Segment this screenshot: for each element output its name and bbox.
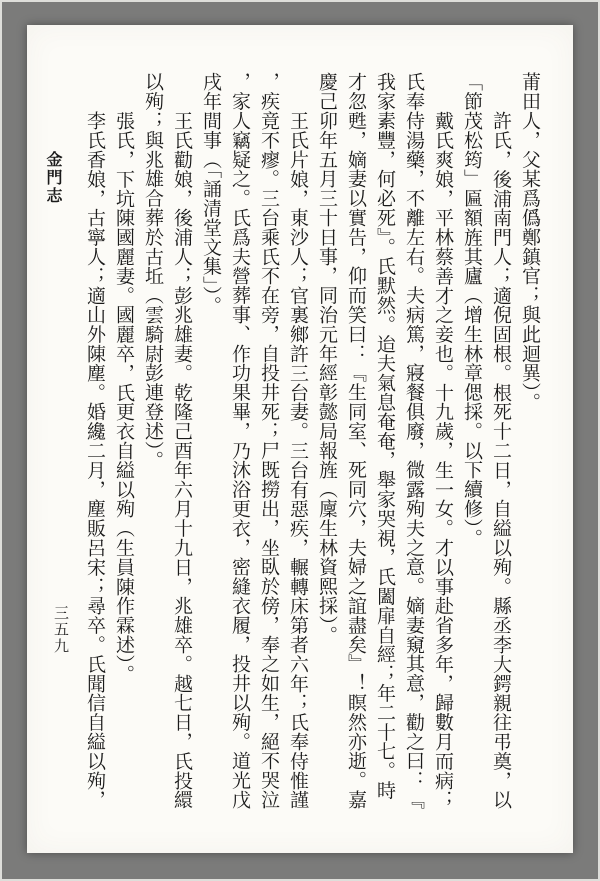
- entry-wang-shi-quan-niang: 王氏勸娘，後浦人；彭兆雄妻。乾隆己酉年六月十九日，兆雄卒。越七日，氏投繯以殉；與…: [138, 72, 196, 814]
- page-text: 莆田人，父某爲僞鄭鎮官；與此迴異）。 許氏，後浦南門人；適倪固根。根死十二日，自…: [60, 72, 544, 814]
- entry-previous-page-continuation: 莆田人，父某爲僞鄭鎮官；與此迴異）。: [515, 72, 544, 814]
- entry-zhang-shi: 張氏，下坑陳國麗妻。國麗卒，氏更衣自縊以殉（生員陳作霖述）。: [109, 72, 138, 814]
- entry-dai-shi-shuang-niang: 戴氏爽娘，平林蔡善才之妾也。十九歲，生一女。才以事赴省多年，歸數月而病；氏奉侍湯…: [312, 72, 457, 814]
- book-page: 金門志 三五九 莆田人，父某爲僞鄭鎮官；與此迴異）。 許氏，後浦南門人；適倪固根…: [27, 25, 573, 853]
- entry-li-shi-xiang-niang: 李氏香娘，古寧人；適山外陳塵。婚纔二月，塵販呂宋；尋卒。氏聞信自縊以殉，: [80, 72, 109, 814]
- entry-wang-shi-pian-niang: 王氏片娘，東沙人；官裏鄉許三台妻。三台有惡疾，輾轉床第者六年；氏奉侍惟謹，疾竟不…: [196, 72, 312, 814]
- entry-xu-shi: 許氏，後浦南門人；適倪固根。根死十二日，自縊以殉。縣丞李大鍔親往弔奠，以「節茂松…: [457, 72, 515, 814]
